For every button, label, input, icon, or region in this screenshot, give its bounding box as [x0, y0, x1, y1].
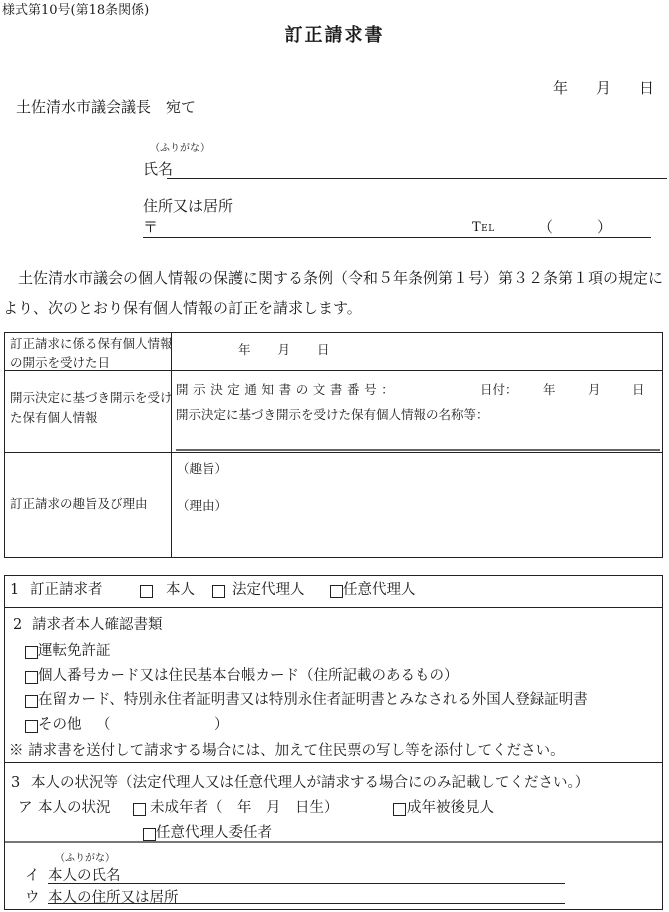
adult-ward-label: 成年被後見人 — [407, 799, 494, 818]
principal-address-label: 本人の住所又は居所 — [48, 889, 179, 908]
address-label: 住所又は居所 — [143, 197, 233, 217]
item-other-label: その他 — [38, 716, 82, 735]
address-fill-line[interactable] — [143, 237, 651, 238]
name-fill-line[interactable] — [167, 178, 667, 179]
table2-row-divider-3 — [5, 841, 662, 843]
year-label: 年 — [553, 79, 568, 99]
sub-i-mark: イ — [25, 867, 40, 886]
disclosed-info-fill-line[interactable] — [176, 449, 660, 451]
month-label: 月 — [278, 342, 291, 358]
sub-u-mark: ウ — [25, 889, 40, 908]
checkbox-minor[interactable] — [133, 803, 146, 816]
day-label: 日 — [639, 79, 654, 99]
tel-label: TEL — [472, 220, 495, 237]
checkbox-voluntary-delegator[interactable] — [143, 828, 156, 841]
section3-number: 3 — [11, 774, 20, 793]
principal-name-fill-line[interactable] — [48, 883, 565, 884]
sub-a-label: 本人の状況 — [38, 799, 111, 818]
table2-row-divider-2 — [5, 762, 662, 763]
minor-label: 未成年者（ 年 月 日生） — [150, 799, 339, 818]
header-date-line: 年 月 日 — [553, 79, 654, 99]
form-number: 様式第10号(第18条関係) — [2, 3, 149, 20]
item-drivers-license-label: 運転免許証 — [38, 642, 111, 661]
postal-mark-icon: 〒 — [143, 218, 158, 238]
doc-number-label: 開示決定通知書の文書番号： — [176, 382, 398, 398]
checkbox-self[interactable] — [140, 585, 153, 598]
option-self-label: 本人 — [166, 581, 195, 600]
month-label: 月 — [588, 382, 601, 398]
other-paren-open: （ — [96, 716, 111, 735]
month-label: 月 — [596, 79, 611, 99]
request-detail-table: 訂正請求に係る保有個人情報 の開示を受けた日 年 月 日 開示決定に基づき開示を… — [4, 332, 663, 558]
option-legal-representative-label: 法定代理人 — [232, 581, 305, 600]
correction-request-form-page: 様式第10号(第18条関係) 訂正請求書 年 月 日 土佐清水市議会議長 宛て … — [0, 0, 669, 912]
checkbox-adult-ward[interactable] — [393, 803, 406, 816]
section2-title: 請求者本人確認書類 — [32, 616, 163, 635]
checkbox-legal-representative[interactable] — [212, 585, 225, 598]
preamble-line-1: 土佐清水市議会の個人情報の保護に関する条例（令和５年条例第１号）第３２条第１項の… — [3, 269, 663, 289]
reason-label: （理由） — [177, 498, 227, 514]
mailing-note: ※ 請求書を送付して請求する場合には、加えて住民票の写し等を添付してください。 — [9, 742, 565, 761]
tel-paren-open: （ — [538, 218, 553, 238]
table1-column-divider — [171, 333, 172, 557]
purport-label: （趣旨） — [177, 461, 227, 477]
table1-row-divider-2 — [5, 452, 662, 453]
furigana-label: （ふりがな） — [55, 852, 115, 865]
row2-label-line1: 開示決定に基づき開示を受け — [10, 390, 173, 406]
disclosed-info-name-label: 開示決定に基づき開示を受けた保有個人情報の名称等： — [176, 407, 489, 423]
row1-label-line1: 訂正請求に係る保有個人情報 — [10, 336, 173, 352]
page-title: 訂正請求書 — [0, 24, 669, 47]
section2-number: 2 — [13, 616, 22, 635]
voluntary-delegator-label: 任意代理人委任者 — [156, 824, 272, 843]
day-label: 日 — [317, 342, 330, 358]
item-my-number-card-label: 個人番号カード又は住民基本台帳カード（住所記載のあるもの） — [38, 667, 459, 686]
tel-paren-close: ） — [597, 218, 612, 238]
year-label: 年 — [543, 382, 556, 398]
row3-label: 訂正請求の趣旨及び理由 — [10, 496, 148, 512]
requester-info-table: 1 訂正請求者 本人 法定代理人 任意代理人 2 請求者本人確認書類 運転免許証… — [4, 575, 663, 910]
checkbox-voluntary-representative[interactable] — [330, 585, 343, 598]
checkbox-residence-card[interactable] — [25, 695, 38, 708]
furigana-label: （ふりがな） — [150, 142, 210, 155]
option-voluntary-representative-label: 任意代理人 — [343, 581, 416, 600]
item-residence-card-label: 在留カード、特別永住者証明書又は特別永住者証明書とみなされる外国人登録証明書 — [38, 691, 588, 710]
addressee: 土佐清水市議会議長 宛て — [16, 98, 196, 118]
row1-date-value: 年 月 日 — [238, 342, 330, 358]
checkbox-other[interactable] — [25, 720, 38, 733]
name-label: 氏名 — [143, 160, 173, 180]
checkbox-drivers-license[interactable] — [25, 646, 38, 659]
row1-label-line2: の開示を受けた日 — [10, 355, 110, 371]
section3-title: 本人の状況等（法定代理人又は任意代理人が請求する場合にのみ記載してください。） — [31, 774, 589, 793]
sub-a-mark: ア — [18, 799, 33, 818]
principal-address-fill-line[interactable] — [48, 903, 565, 904]
section1-number: 1 — [10, 581, 19, 600]
day-label: 日 — [632, 382, 645, 398]
checkbox-my-number-card[interactable] — [25, 671, 38, 684]
year-label: 年 — [238, 342, 251, 358]
other-paren-close: ） — [214, 716, 229, 735]
table2-row-divider-1 — [5, 607, 662, 608]
section1-title: 訂正請求者 — [30, 581, 103, 600]
row2-label-line2: た保有個人情報 — [10, 410, 98, 426]
preamble-line-2: より、次のとおり保有個人情報の訂正を請求します。 — [3, 299, 362, 319]
doc-date-label: 日付： — [480, 382, 518, 398]
